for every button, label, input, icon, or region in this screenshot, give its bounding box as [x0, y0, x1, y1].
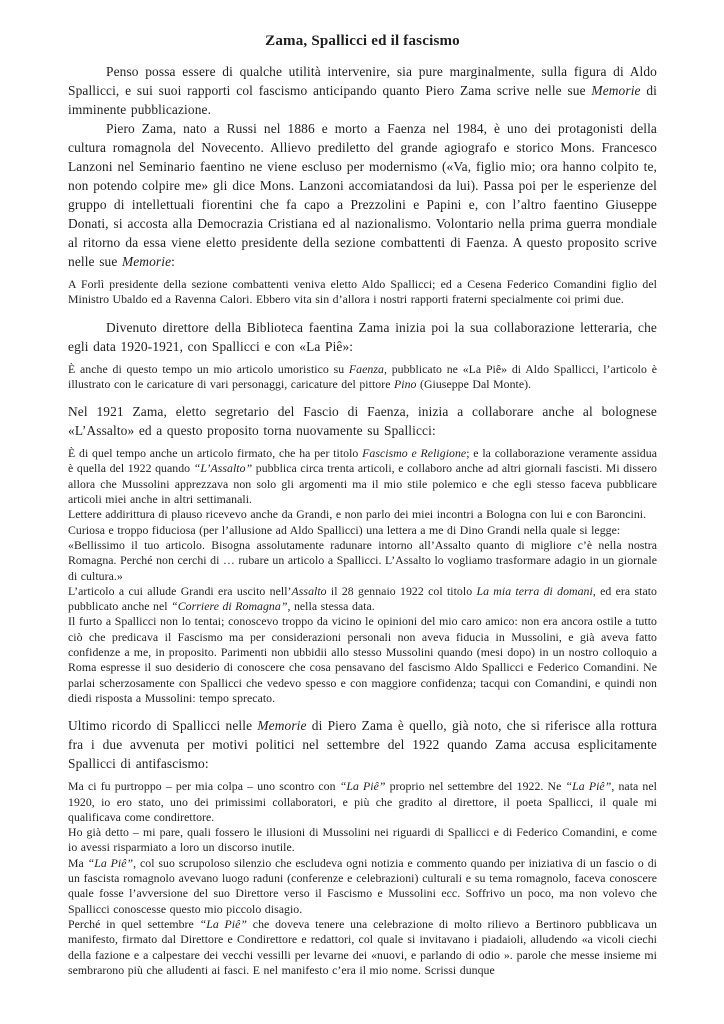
- text-segment: Ma: [68, 856, 88, 870]
- text-segment: Ultimo ricordo di Spallicci nelle: [68, 718, 257, 733]
- quote-block: A Forlì presidente della sezione combatt…: [68, 277, 657, 308]
- italic-text-segment: “Corriere di Romagna”: [171, 599, 287, 613]
- quote-paragraph: È di quel tempo anche un articolo firmat…: [68, 446, 657, 507]
- quote-paragraph: Ma “La Piê”, col suo scrupoloso silenzio…: [68, 856, 657, 917]
- body-paragraph: Ultimo ricordo di Spallicci nelle Memori…: [68, 716, 657, 773]
- text-segment: (Giuseppe Dal Monte).: [416, 377, 531, 391]
- text-segment: È anche di questo tempo un mio articolo …: [68, 362, 349, 376]
- quote-paragraph: «Bellissimo il tuo articolo. Bisogna ass…: [68, 538, 657, 584]
- italic-text-segment: Faenza: [349, 362, 384, 376]
- quote-paragraph: Curiosa e troppo fiduciosa (per l’allusi…: [68, 523, 657, 538]
- page-title: Zama, Spallicci ed il fascismo: [68, 33, 657, 50]
- italic-text-segment: “La Piê”: [88, 856, 133, 870]
- quote-paragraph: A Forlì presidente della sezione combatt…: [68, 277, 657, 308]
- quote-block: È anche di questo tempo un mio articolo …: [68, 362, 657, 393]
- text-segment: Il furto a Spallicci non lo tentai; cono…: [68, 614, 657, 704]
- text-segment: , nella stessa data.: [287, 599, 374, 613]
- quote-paragraph: Lettere addirittura di plauso ricevevo a…: [68, 507, 657, 522]
- italic-text-segment: “L’Assalto”: [194, 461, 252, 475]
- text-segment: Divenuto direttore della Biblioteca faen…: [68, 320, 657, 354]
- italic-text-segment: Memorie: [257, 718, 306, 733]
- quote-paragraph: Il furto a Spallicci non lo tentai; cono…: [68, 614, 657, 706]
- italic-text-segment: Memorie: [122, 254, 171, 269]
- text-segment: il 28 gennaio 1922 col titolo: [327, 584, 477, 598]
- text-segment: proprio nel settembre del 1922. Ne: [386, 779, 566, 793]
- text-segment: L’articolo a cui allude Grandi era uscit…: [68, 584, 292, 598]
- document-content: Penso possa essere di qualche utilità in…: [68, 62, 657, 978]
- text-segment: Ho già detto – mi pare, quali fossero le…: [68, 825, 657, 854]
- italic-text-segment: Assalto: [292, 584, 327, 598]
- text-segment: Ma ci fu purtroppo – per mia colpa – uno…: [68, 779, 340, 793]
- quote-paragraph: È anche di questo tempo un mio articolo …: [68, 362, 657, 393]
- text-segment: Perché in quel settembre: [68, 917, 200, 931]
- quote-paragraph: Perché in quel settembre “La Piê” che do…: [68, 917, 657, 978]
- text-segment: :: [171, 254, 175, 269]
- text-segment: Piero Zama, nato a Russi nel 1886 e mort…: [68, 121, 657, 269]
- italic-text-segment: “La Piê”: [340, 779, 386, 793]
- text-segment: È di quel tempo anche un articolo firmat…: [68, 446, 362, 460]
- italic-text-segment: Fascismo e Religione: [362, 446, 466, 460]
- quote-paragraph: Ma ci fu purtroppo – per mia colpa – uno…: [68, 779, 657, 825]
- text-segment: A Forlì presidente della sezione combatt…: [68, 277, 657, 306]
- document-page: Zama, Spallicci ed il fascismo Penso pos…: [0, 0, 724, 1024]
- italic-text-segment: Memorie: [591, 83, 640, 98]
- italic-text-segment: La mia terra di domani: [476, 584, 592, 598]
- quote-block: È di quel tempo anche un articolo firmat…: [68, 446, 657, 706]
- text-segment: Penso possa essere di qualche utilità in…: [68, 64, 657, 98]
- italic-text-segment: “La Piê”: [200, 917, 247, 931]
- quote-paragraph: L’articolo a cui allude Grandi era uscit…: [68, 584, 657, 615]
- text-segment: , col suo scrupoloso silenzio che esclud…: [68, 856, 657, 916]
- text-segment: Lettere addirittura di plauso ricevevo a…: [68, 507, 646, 521]
- quote-paragraph: Ho già detto – mi pare, quali fossero le…: [68, 825, 657, 856]
- body-paragraph: Piero Zama, nato a Russi nel 1886 e mort…: [68, 119, 657, 271]
- body-paragraph: Nel 1921 Zama, eletto segretario del Fas…: [68, 402, 657, 440]
- body-paragraph: Divenuto direttore della Biblioteca faen…: [68, 318, 657, 356]
- body-paragraph: Penso possa essere di qualche utilità in…: [68, 62, 657, 119]
- italic-text-segment: “La Piê”: [566, 779, 612, 793]
- text-segment: Curiosa e troppo fiduciosa (per l’allusi…: [68, 523, 620, 537]
- quote-block: Ma ci fu purtroppo – per mia colpa – uno…: [68, 779, 657, 978]
- italic-text-segment: Pino: [394, 377, 416, 391]
- text-segment: «Bellissimo il tuo articolo. Bisogna ass…: [68, 538, 657, 583]
- text-segment: Nel 1921 Zama, eletto segretario del Fas…: [68, 404, 657, 438]
